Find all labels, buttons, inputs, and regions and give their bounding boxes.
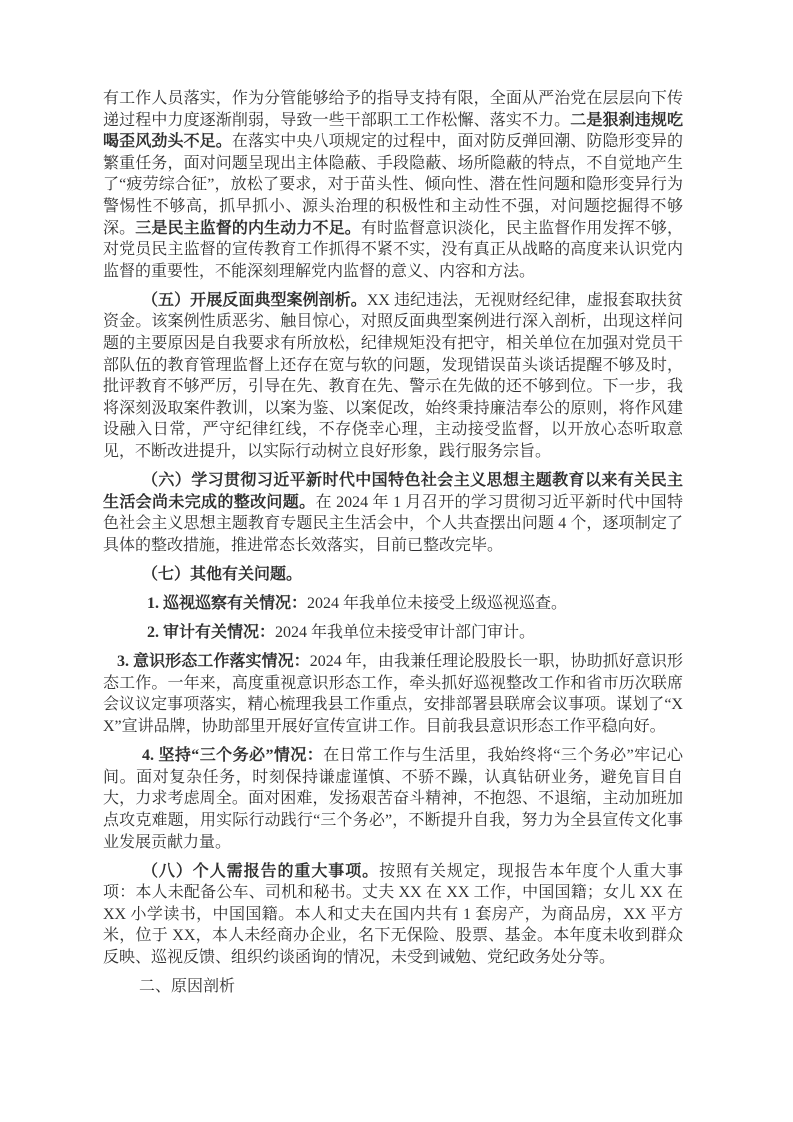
- bold-text-segment: 三是民主监督的内生动力不足。: [135, 220, 361, 237]
- bold-text-segment: 3. 意识形态工作落实情况：: [117, 653, 310, 670]
- paragraph: 二、原因剖析: [103, 976, 683, 998]
- document-body: 有工作人员落实，作为分管能够给予的指导支持有限，全面从严治党在层层向下传递过程中…: [0, 0, 793, 998]
- paragraph: （七）其他有关问题。: [103, 564, 683, 586]
- bold-text-segment: （七）其他有关问题。: [142, 566, 302, 583]
- paragraph: （六）学习贯彻习近平新时代中国特色社会主义思想主题教育以来有关民主生活会尚未完成…: [103, 470, 683, 556]
- text-segment: 二、原因剖析: [139, 978, 235, 995]
- text-segment: 2024 年我单位未接受审计部门审计。: [275, 624, 535, 641]
- text-segment: XX 违纪违法，无视财经纪律，虚报套取扶贫资金。该案例性质恶劣、触目惊心，对照反…: [103, 292, 683, 460]
- bold-text-segment: （五）开展反面典型案例剖析。: [142, 292, 367, 309]
- bold-text-segment: 1. 巡视巡察有关情况：: [147, 595, 307, 612]
- paragraph: 2. 审计有关情况：2024 年我单位未接受审计部门审计。: [103, 622, 683, 644]
- bold-text-segment: 2. 审计有关情况：: [147, 624, 275, 641]
- bold-text-segment: 4. 坚持“三个务必”情况：: [142, 747, 323, 764]
- paragraph: 1. 巡视巡察有关情况：2024 年我单位未接受上级巡视巡查。: [103, 593, 683, 615]
- document-page: 有工作人员落实，作为分管能够给予的指导支持有限，全面从严治党在层层向下传递过程中…: [0, 0, 793, 1122]
- paragraph: （五）开展反面典型案例剖析。XX 违纪违法，无视财经纪律，虚报套取扶贫资金。该案…: [103, 290, 683, 463]
- bold-text-segment: （八）个人需报告的重大事项。: [142, 863, 379, 880]
- text-segment: 2024 年我单位未接受上级巡视巡查。: [307, 595, 567, 612]
- paragraph: 有工作人员落实，作为分管能够给予的指导支持有限，全面从严治党在层层向下传递过程中…: [103, 88, 683, 282]
- paragraph: 4. 坚持“三个务必”情况：在日常工作与生活里，我始终将“三个务必”牢记心间。面…: [103, 745, 683, 853]
- paragraph: 3. 意识形态工作落实情况：2024 年，由我兼任理论股股长一职，协助抓好意识形…: [103, 651, 683, 737]
- paragraph: （八）个人需报告的重大事项。按照有关规定，现报告本年度个人重大事项：本人未配备公…: [103, 861, 683, 969]
